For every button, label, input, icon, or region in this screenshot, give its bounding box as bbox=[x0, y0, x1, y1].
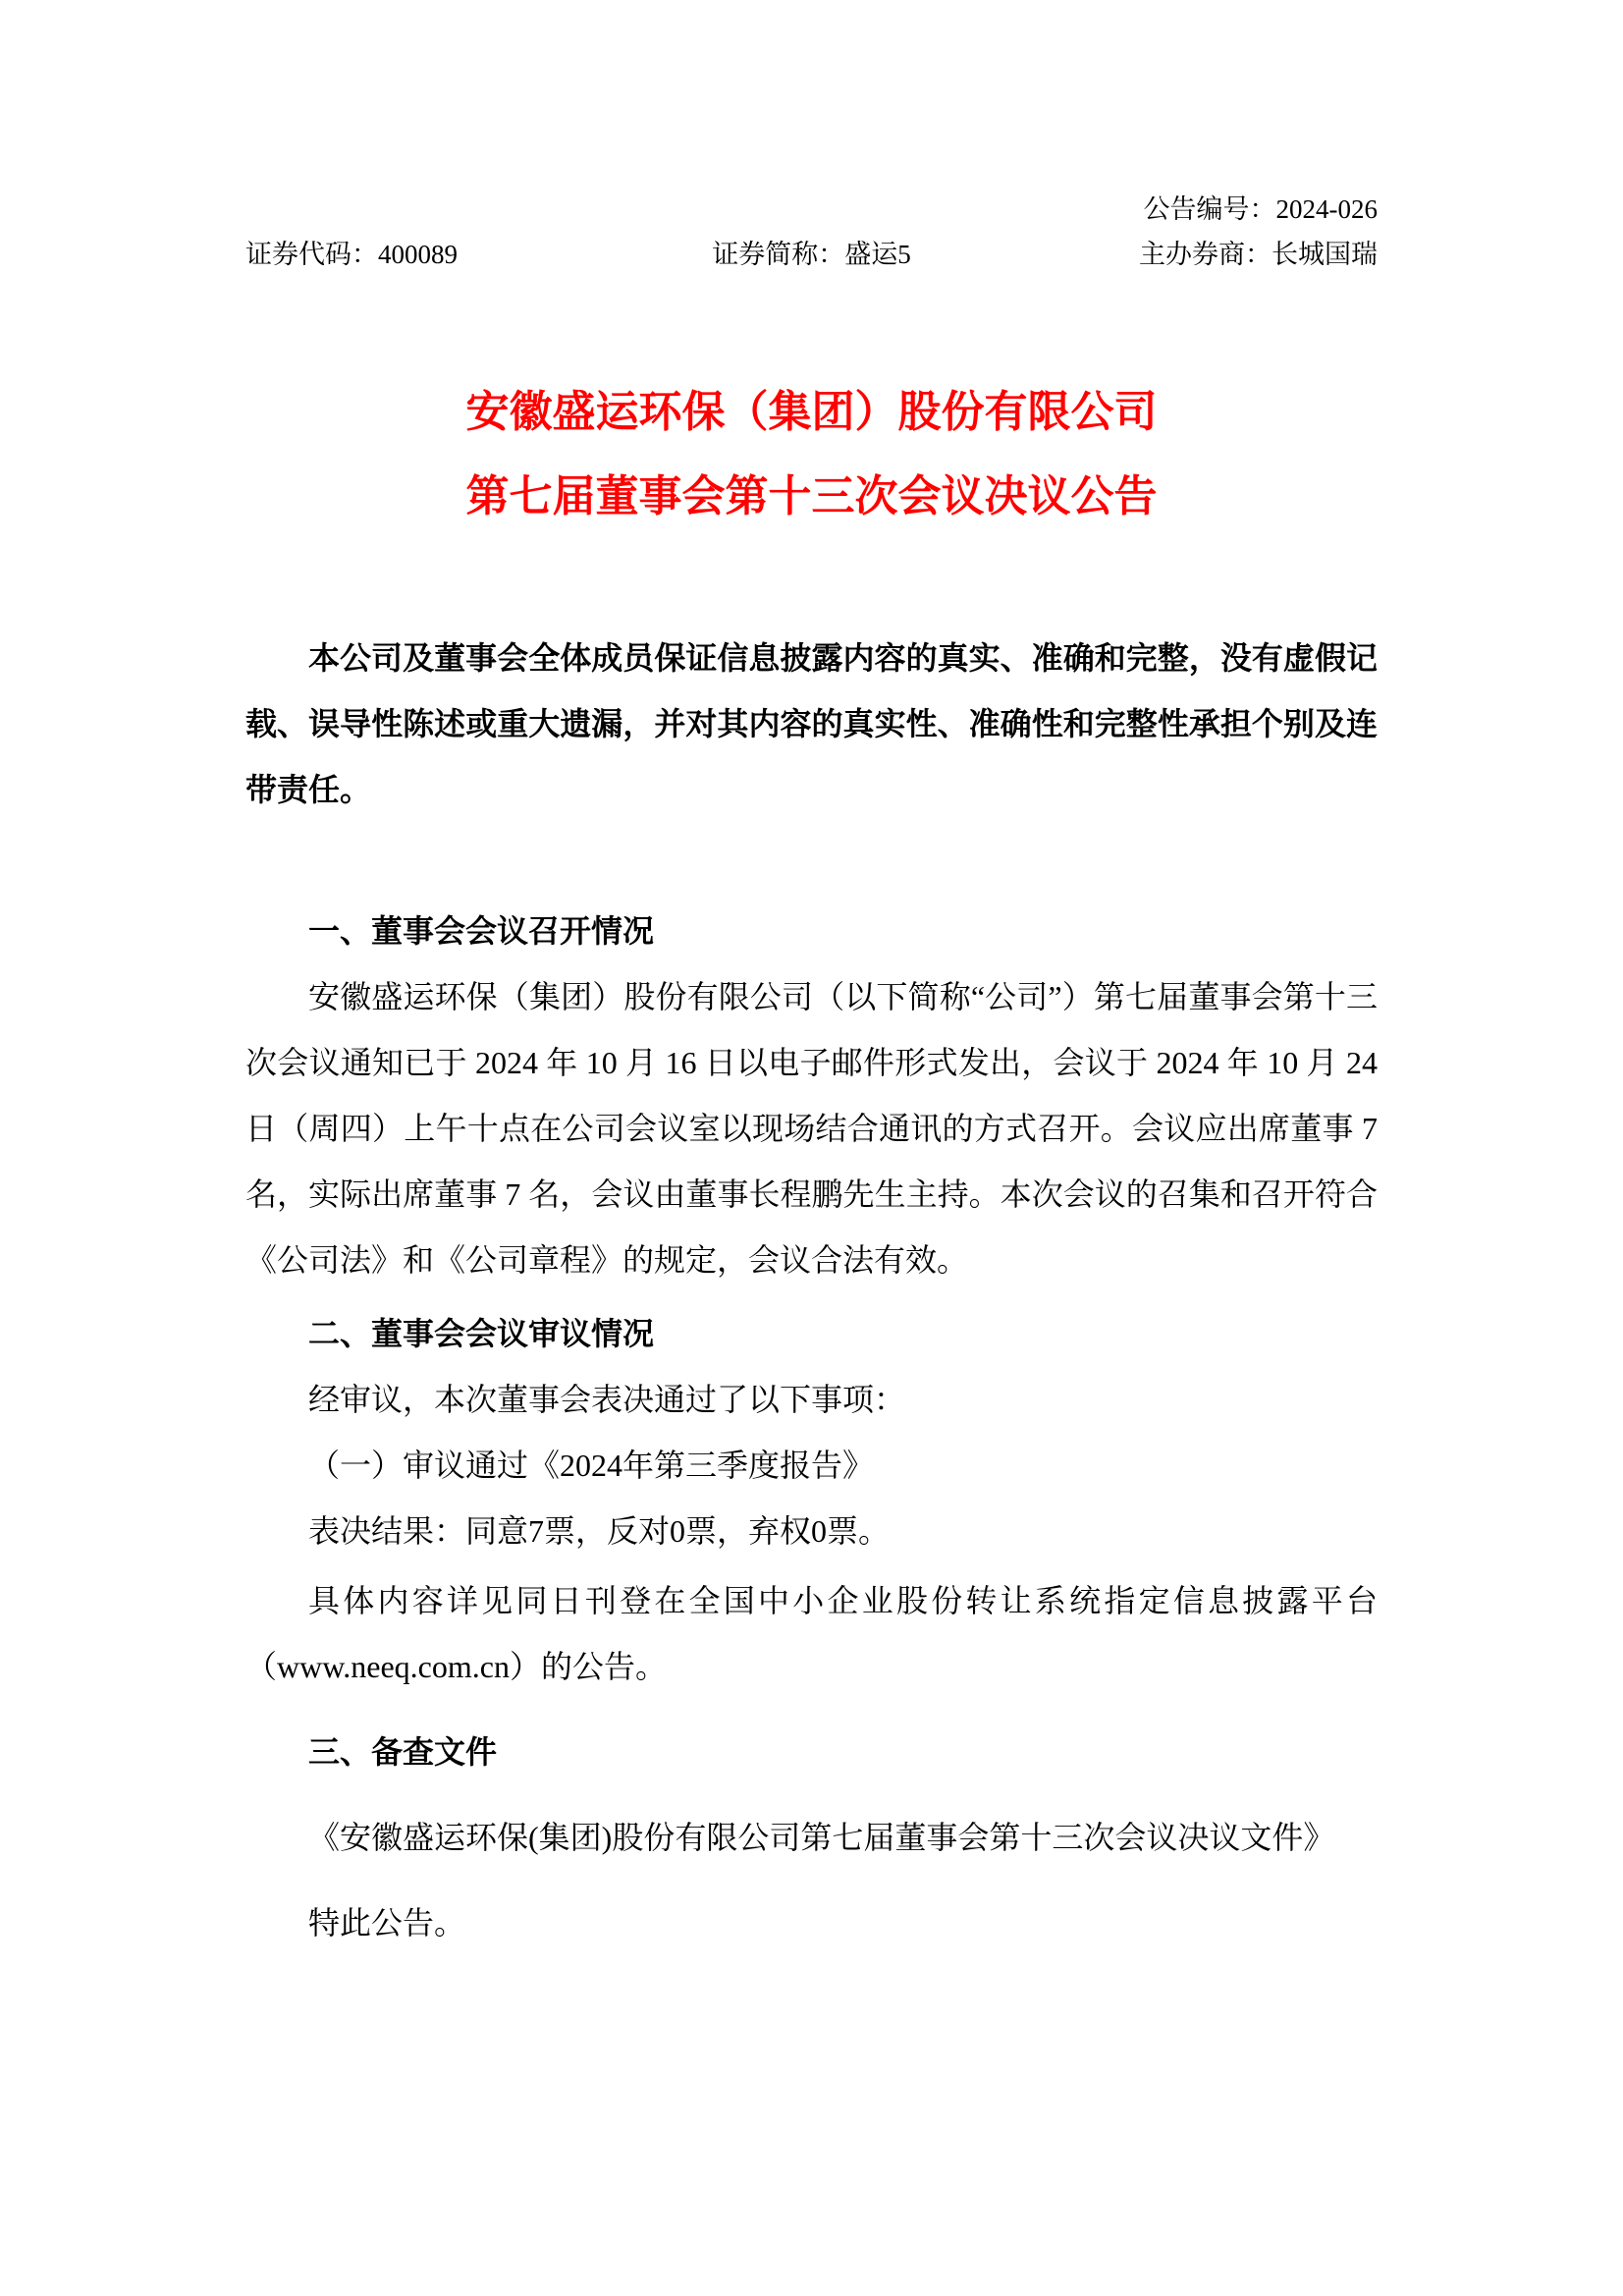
announcement-document-page: 公告编号：2024-026 证券代码：400089 证券简称：盛运5 主办券商：… bbox=[0, 0, 1623, 2296]
section-2-paragraph-2: （一）审议通过《2024年第三季度报告》 bbox=[245, 1433, 1378, 1499]
disclaimer-paragraph: 本公司及董事会全体成员保证信息披露内容的真实、准确和完整，没有虚假记载、误导性陈… bbox=[245, 626, 1378, 823]
sponsor-broker: 主办券商：长城国瑞 bbox=[1001, 232, 1378, 277]
section-2-heading: 二、董事会会议审议情况 bbox=[245, 1301, 1378, 1367]
section-1-heading: 一、董事会会议召开情况 bbox=[245, 899, 1378, 964]
closing-statement: 特此公告。 bbox=[245, 1890, 1378, 1956]
document-title-line1: 安徽盛运环保（集团）股份有限公司 bbox=[245, 370, 1378, 455]
document-title: 安徽盛运环保（集团）股份有限公司 第七届董事会第十三次会议决议公告 bbox=[245, 370, 1378, 539]
document-title-line2: 第七届董事会第十三次会议决议公告 bbox=[245, 455, 1378, 539]
announcement-number: 公告编号：2024-026 bbox=[245, 187, 1378, 232]
section-3-paragraph-1: 《安徽盛运环保(集团)股份有限公司第七届董事会第十三次会议决议文件》 bbox=[245, 1805, 1378, 1871]
section-3-heading: 三、备查文件 bbox=[245, 1720, 1378, 1785]
section-2-paragraph-1: 经审议，本次董事会表决通过了以下事项： bbox=[245, 1367, 1378, 1433]
section-2-paragraph-4: 具体内容详见同日刊登在全国中小企业股份转让系统指定信息披露平台（www.neeq… bbox=[245, 1568, 1378, 1700]
section-1-paragraph: 安徽盛运环保（集团）股份有限公司（以下简称“公司”）第七届董事会第十三次会议通知… bbox=[245, 964, 1378, 1293]
stock-code: 证券代码：400089 bbox=[245, 232, 622, 277]
securities-info-row: 证券代码：400089 证券简称：盛运5 主办券商：长城国瑞 bbox=[245, 232, 1378, 277]
section-2-paragraph-3: 表决结果：同意7票，反对0票，弃权0票。 bbox=[245, 1499, 1378, 1564]
stock-short-name: 证券简称：盛运5 bbox=[622, 232, 1000, 277]
